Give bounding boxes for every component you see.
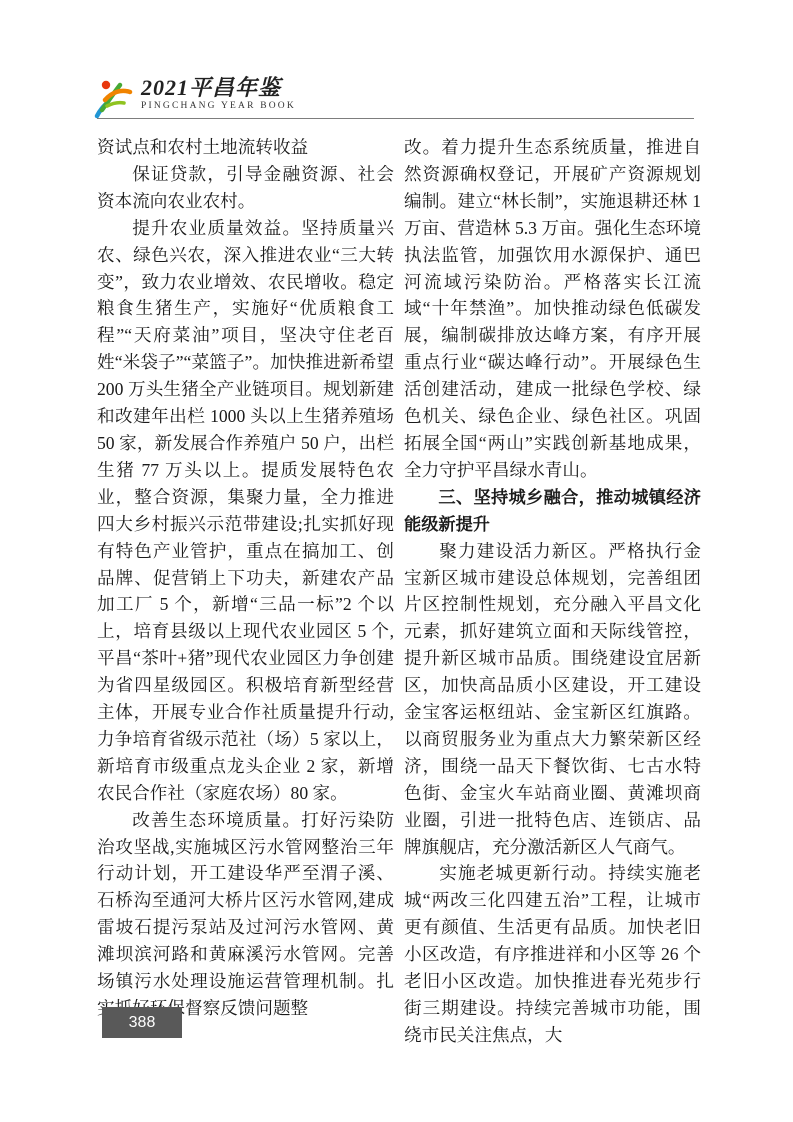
paragraph: 提升农业质量效益。坚持质量兴农、绿色兴农，深入推进农业“三大转变”，致力农业增效… [97,215,394,807]
page-number: 388 [129,1014,156,1032]
logo-title: 2021平昌年鉴 [141,76,296,100]
paragraph: 改善生态环境质量。打好污染防治攻坚战,实施城区污水管网整治三年行动计划，开工建设… [97,807,394,1022]
left-text-column: 资试点和农村土地流转收益保证贷款，引导金融资源、社会资本流向农业农村。提升农业质… [97,134,394,1022]
yearbook-logo-icon [93,76,133,120]
continued-paragraph: 资试点和农村土地流转收益 [97,134,394,161]
right-text-column: 改。着力提升生态系统质量，推进自然资源确权登记，开展矿产资源规划编制。建立“林长… [404,134,701,1049]
header: 2021平昌年鉴 PINGCHANG YEAR BOOK [93,76,296,120]
header-divider [97,118,694,119]
paragraph: 聚力建设活力新区。严格执行金宝新区城市建设总体规划，完善组团片区控制性规划，充分… [404,538,701,861]
paragraph: 保证贷款，引导金融资源、社会资本流向农业农村。 [97,161,394,215]
yearbook-page: 2021平昌年鉴 PINGCHANG YEAR BOOK 资试点和农村土地流转收… [0,0,793,1122]
continued-paragraph: 改。着力提升生态系统质量，推进自然资源确权登记，开展矿产资源规划编制。建立“林长… [404,134,701,484]
paragraph: 实施老城更新行动。持续实施老城“两改三化四建五治”工程，让城市更有颜值、生活更有… [404,860,701,1048]
page-number-badge: 388 [102,1007,182,1038]
section-heading: 三、坚持城乡融合，推动城镇经济能级新提升 [404,484,701,538]
logo-subtitle: PINGCHANG YEAR BOOK [141,100,296,113]
logo-text: 2021平昌年鉴 PINGCHANG YEAR BOOK [141,76,296,113]
